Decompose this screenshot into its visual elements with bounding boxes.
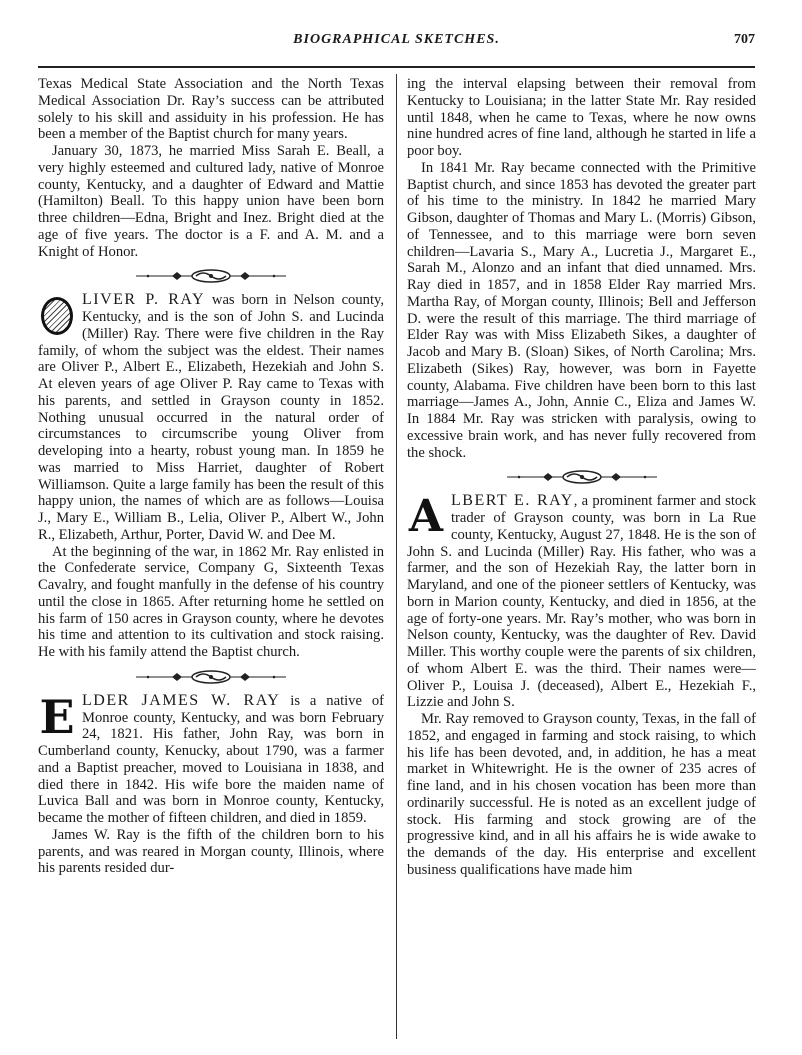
left-column: Texas Medical State Association and the …	[38, 76, 384, 877]
subject-name: LBERT E. RAY	[451, 492, 574, 509]
subject-name: LIVER P. RAY	[82, 291, 205, 308]
paragraph: At the beginning of the war, in 1862 Mr.…	[38, 544, 384, 661]
page-header: BIOGRAPHICAL SKETCHES. 707	[38, 32, 755, 52]
paragraph: LIVER P. RAY was born in Nelson county, …	[38, 292, 384, 543]
section-divider-ornament-icon	[38, 260, 384, 292]
decorated-initial-o-icon	[38, 294, 76, 338]
paragraph: ELDER JAMES W. RAY is a native of Monroe…	[38, 693, 384, 827]
decorated-initial-a-icon: A	[407, 495, 445, 539]
header-rule	[38, 66, 755, 68]
right-column: ing the interval elapsing between their …	[407, 76, 756, 879]
decorated-initial-e-icon: E	[38, 695, 76, 739]
paragraph: James W. Ray is the fifth of the childre…	[38, 827, 384, 877]
paragraph: ALBERT E. RAY, a prominent farmer and st…	[407, 493, 756, 711]
page-number: 707	[734, 32, 755, 48]
subject-name: LDER JAMES W. RAY	[82, 692, 280, 709]
paragraph: ing the interval elapsing between their …	[407, 76, 756, 160]
paragraph: In 1841 Mr. Ray became connected with th…	[407, 160, 756, 462]
biography-oliver-p-ray: LIVER P. RAY was born in Nelson county, …	[38, 292, 384, 661]
column-divider	[396, 74, 397, 1039]
running-title: BIOGRAPHICAL SKETCHES.	[38, 32, 755, 48]
biography-elder-james-w-ray: ELDER JAMES W. RAY is a native of Monroe…	[38, 693, 384, 877]
section-divider-ornament-icon	[407, 461, 756, 493]
biography-albert-e-ray: ALBERT E. RAY, a prominent farmer and st…	[407, 493, 756, 878]
paragraph: Texas Medical State Association and the …	[38, 76, 384, 143]
paragraph: Mr. Ray removed to Grayson county, Texas…	[407, 711, 756, 879]
paragraph: January 30, 1873, he married Miss Sarah …	[38, 143, 384, 260]
section-divider-ornament-icon	[38, 661, 384, 693]
